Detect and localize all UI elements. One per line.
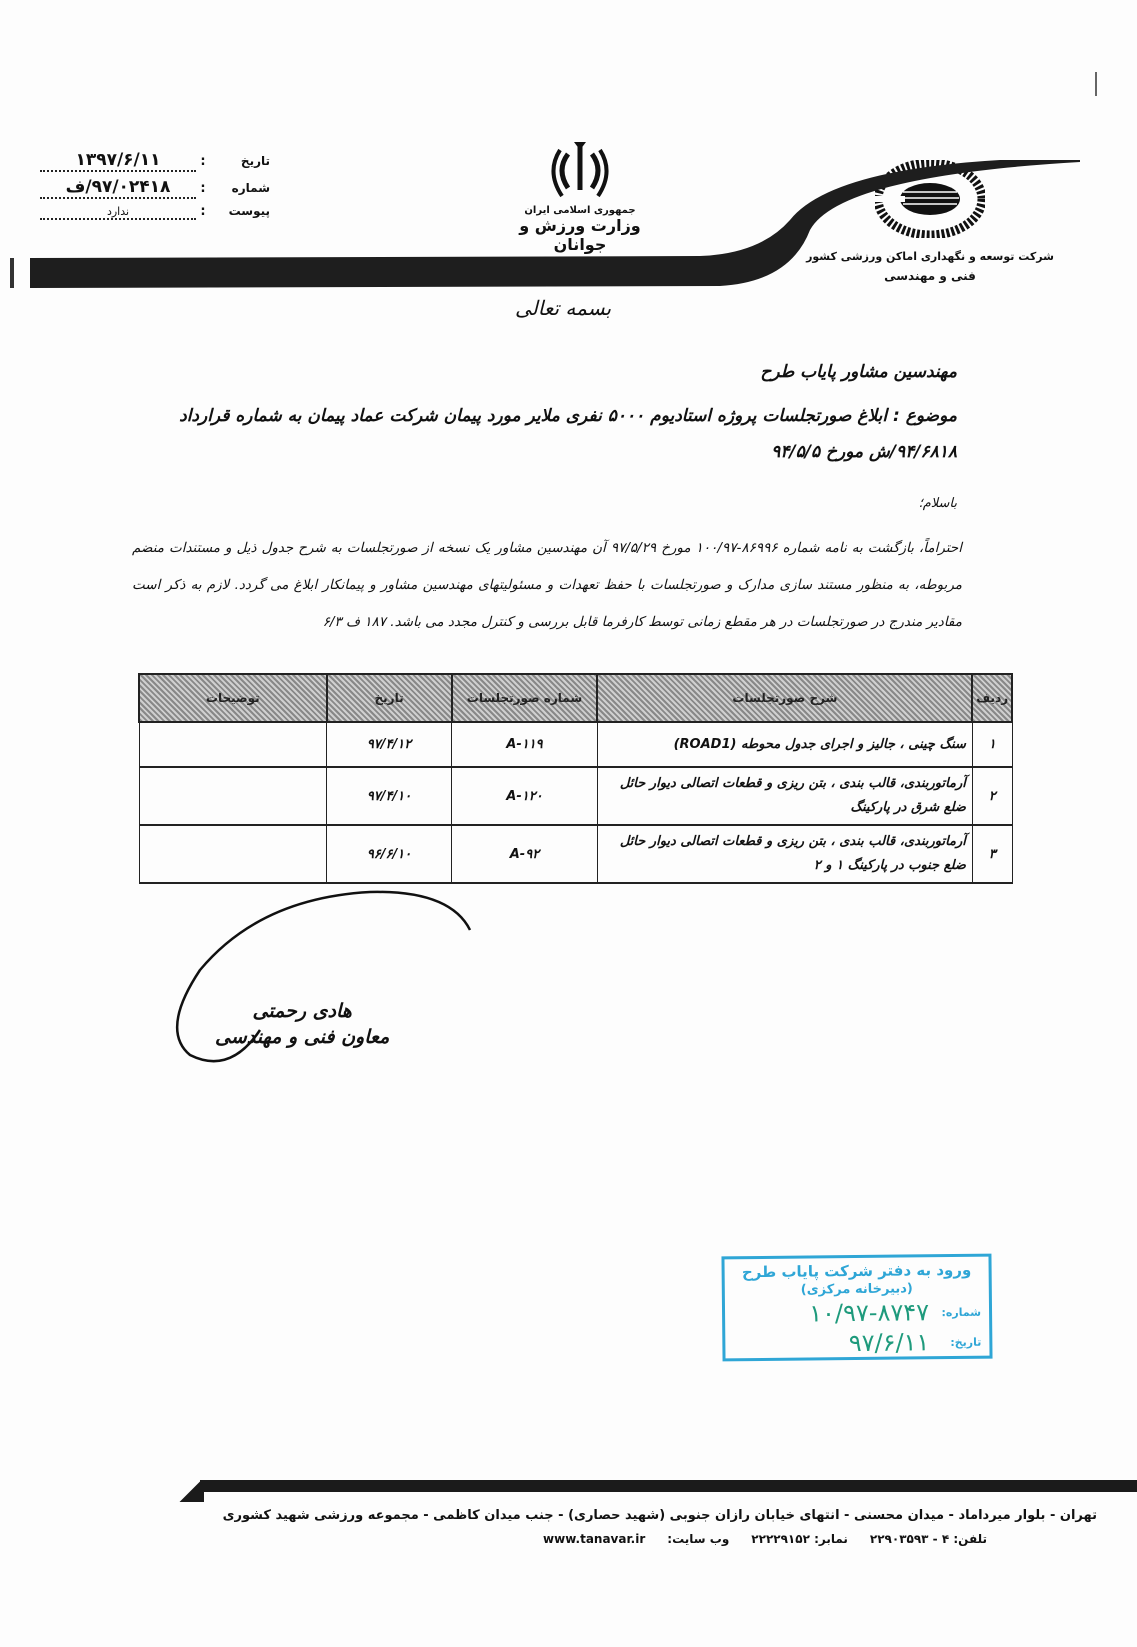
header-minutes-number: شماره صورتجلسات: [452, 674, 598, 722]
table-row: ۳ آرماتوربندی، قالب بندی ، بتن ریزی و قط…: [139, 825, 1012, 883]
table-row: ۲ آرماتوربندی، قالب بندی ، بتن ریزی و قط…: [139, 767, 1012, 825]
stamp-title: ورود به دفتر شرکت پایاب طرح: [733, 1261, 981, 1282]
stamp-date-value: ۹۷/۶/۱۱: [849, 1328, 930, 1357]
row-date: ۹۷/۴/۱۰: [327, 767, 452, 825]
row-minutes-number: A-۹۲: [452, 825, 598, 883]
swoosh-tip: [10, 258, 14, 288]
row-note: [139, 825, 327, 883]
footer-fax: نمابر: ۲۲۲۲۹۱۵۲: [751, 1532, 848, 1546]
stamp-number-row: شماره: ۱۰/۹۷-۸۷۴۷: [733, 1298, 981, 1329]
header-date: تاریخ: [327, 674, 452, 722]
row-number: ۲: [972, 767, 1012, 825]
receipt-stamp: ورود به دفتر شرکت پایاب طرح (دبیرخانه مر…: [721, 1254, 992, 1362]
row-date: ۹۶/۶/۱۰: [327, 825, 452, 883]
table-row: ۱ سنگ چینی ، جالیز و اجرای جدول محوطه (R…: [139, 722, 1012, 767]
scan-mark: [1095, 72, 1097, 96]
minutes-table: ردیف شرح صورتجلسات شماره صورتجلسات تاریخ…: [138, 673, 1013, 884]
table-header-row: ردیف شرح صورتجلسات شماره صورتجلسات تاریخ…: [139, 674, 1012, 722]
footer-bar: [200, 1480, 1137, 1492]
basmala: بسمه تعالی: [515, 296, 611, 320]
footer-phone: تلفن: ۴ - ۲۲۹۰۳۵۹۳: [870, 1532, 987, 1546]
row-description: آرماتوربندی، قالب بندی ، بتن ریزی و قطعا…: [597, 767, 972, 825]
footer-address: تهران - بلوار میرداماد - میدان محسنی - ا…: [223, 1508, 1097, 1523]
signer-name: هادی رحمتی: [215, 1000, 389, 1022]
signer-title: معاون فنی و مهندسی: [215, 1026, 389, 1048]
row-minutes-number: A-۱۲۰: [452, 767, 598, 825]
footer-contact: تلفن: ۴ - ۲۲۹۰۳۵۹۳ نمابر: ۲۲۲۲۹۱۵۲ وب سا…: [543, 1532, 987, 1546]
greeting: باسلام؛: [919, 496, 957, 511]
header-swoosh: [0, 150, 1137, 300]
header-row-num: ردیف: [972, 674, 1012, 722]
row-minutes-number: A-۱۱۹: [452, 722, 598, 767]
header-description: شرح صورتجلسات: [597, 674, 972, 722]
subject: موضوع : ابلاغ صورتجلسات پروژه استادیوم ۵…: [127, 398, 957, 470]
stamp-date-label: تاریخ:: [929, 1335, 981, 1349]
header-notes: توضیحات: [139, 674, 327, 722]
row-date: ۹۷/۴/۱۲: [327, 722, 452, 767]
stamp-number-label: شماره:: [929, 1305, 981, 1319]
stamp-number-value: ۱۰/۹۷-۸۷۴۷: [809, 1298, 929, 1327]
row-description: آرماتوربندی، قالب بندی ، بتن ریزی و قطعا…: [597, 825, 972, 883]
stamp-date-row: تاریخ: ۹۷/۶/۱۱: [733, 1328, 981, 1359]
stamp-subtitle: (دبیرخانه مرکزی): [733, 1281, 981, 1299]
row-number: ۱: [972, 722, 1012, 767]
footer-website-label: وب سایت:: [667, 1532, 729, 1546]
addressee: مهندسین مشاور پایاب طرح: [760, 362, 957, 382]
row-note: [139, 767, 327, 825]
footer-website[interactable]: www.tanavar.ir: [543, 1532, 645, 1546]
row-note: [139, 722, 327, 767]
signer-block: هادی رحمتی معاون فنی و مهندسی: [215, 1000, 389, 1048]
row-number: ۳: [972, 825, 1012, 883]
row-description: سنگ چینی ، جالیز و اجرای جدول محوطه (ROA…: [597, 722, 972, 767]
letter-body: احتراماً، بازگشت به نامه شماره ۸۶۹۹۶-۱۰۰…: [132, 530, 962, 641]
signature-stroke: [170, 880, 500, 1080]
